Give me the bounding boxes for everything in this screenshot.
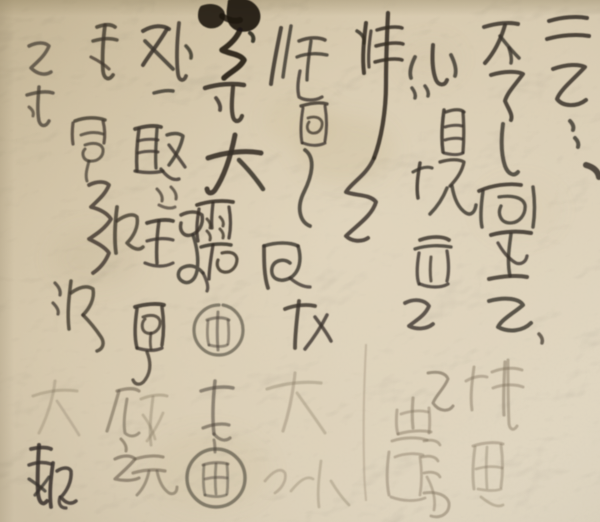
brush-stroke xyxy=(478,489,501,491)
brush-stroke xyxy=(463,112,464,152)
brush-stroke xyxy=(533,187,535,227)
calligraphy-photo xyxy=(0,0,600,522)
calligraphy-artwork xyxy=(0,0,600,522)
brush-stroke xyxy=(445,138,462,140)
brush-stroke xyxy=(444,153,463,155)
brush-stroke xyxy=(135,171,163,173)
brush-stroke xyxy=(217,312,218,350)
brush-stroke xyxy=(135,309,137,348)
brush-stroke xyxy=(115,207,117,253)
brush-stroke xyxy=(212,203,213,228)
brush-stroke xyxy=(396,410,398,434)
brush-stroke xyxy=(150,333,151,349)
brush-stroke xyxy=(447,251,449,281)
brush-stroke xyxy=(228,320,229,344)
brush-stroke xyxy=(325,106,327,141)
brush-stroke xyxy=(72,123,73,144)
brush-stroke xyxy=(156,129,157,168)
brush-stroke xyxy=(205,477,227,479)
brush-stroke xyxy=(445,125,462,127)
brush-stroke xyxy=(138,151,158,153)
brush-stroke xyxy=(412,398,413,428)
brush-stroke xyxy=(207,321,209,345)
brush-stroke xyxy=(227,0,261,32)
brush-stroke xyxy=(215,464,216,494)
paper-top-edge-shadow xyxy=(0,0,600,16)
brush-stroke xyxy=(430,257,431,281)
brush-stroke xyxy=(138,139,158,141)
paper-left-edge-shadow xyxy=(0,0,14,522)
brush-stroke xyxy=(481,191,483,227)
brush-stroke xyxy=(31,448,51,450)
brush-stroke xyxy=(103,121,105,143)
brush-stroke xyxy=(417,253,419,284)
brush-stroke xyxy=(501,445,503,487)
brush-stroke xyxy=(486,447,487,488)
brush-stroke xyxy=(162,307,164,345)
brush-stroke xyxy=(229,207,231,238)
brush-stroke xyxy=(442,110,444,152)
brush-stroke xyxy=(420,457,422,495)
paper-stain xyxy=(150,430,270,510)
